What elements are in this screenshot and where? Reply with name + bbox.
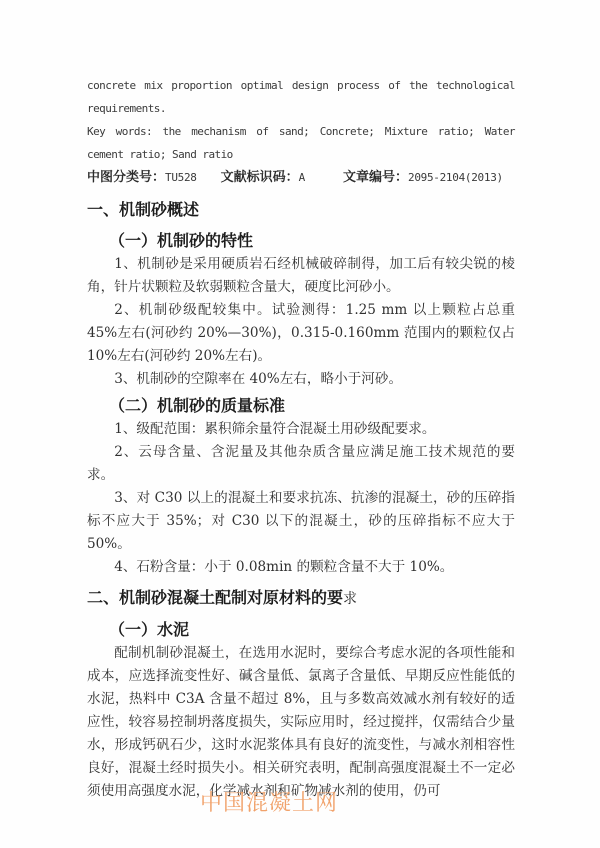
paragraph-sand-characteristic-2: 2、机制砂级配较集中。试验测得：1.25 mm 以上颗粒占总重 45%左右(河砂… [87, 299, 515, 368]
document-code-label: 文献标识码： [221, 170, 299, 185]
paragraph-sand-characteristic-3: 3、机制砂的空隙率在 40%左右，略小于河砂。 [87, 368, 515, 391]
section2-heading: 二、机制砂混凝土配制对原材料的要求 [87, 588, 515, 610]
section2-heading-tail: 求 [343, 591, 357, 607]
paragraph-sand-characteristic-1: 1、机制砂是采用硬质岩石经机械破碎制得，加工后有较尖锐的棱角，针片状颗粒及软弱颗… [87, 253, 515, 299]
section1-sub1-heading: （一）机制砂的特性 [109, 231, 515, 253]
paragraph-quality-standard-3: 3、对 C30 以上的混凝土和要求抗冻、抗渗的混凝土，砂的压碎指标不应大于 35… [87, 487, 515, 556]
paragraph-quality-standard-2: 2、云母含量、含泥量及其他杂质含量应满足施工技术规范的要求。 [87, 441, 515, 487]
keywords-english-text: Key words: the mechanism of sand; Concre… [87, 120, 515, 166]
section2-sub1-heading: （一）水泥 [109, 620, 515, 642]
clc-number-value: TU528 [165, 171, 197, 184]
article-id-label: 文章编号： [343, 170, 408, 185]
paragraph-cement-selection: 配制机制砂混凝土，在选用水泥时，要综合考虑水泥的各项性能和成本，应选择流变性好、… [87, 642, 515, 803]
paragraph-quality-standard-4: 4、石粉含量：小于 0.08min 的颗粒含量不大于 10%。 [87, 556, 515, 579]
section1-heading: 一、机制砂概述 [87, 200, 515, 222]
document-code-value: A [299, 171, 305, 184]
paragraph-quality-standard-1: 1、级配范围：累积筛余量符合混凝土用砂级配要求。 [87, 418, 515, 441]
abstract-english-text: concrete mix proportion optimal design p… [87, 74, 515, 120]
article-id-value: 2095-2104(2013) [408, 171, 503, 184]
site-watermark: 中国混凝土网 [200, 786, 338, 817]
page-content: concrete mix proportion optimal design p… [87, 74, 515, 803]
clc-number-label: 中图分类号： [87, 170, 165, 185]
section2-heading-main: 二、机制砂混凝土配制对原材料的要 [87, 590, 343, 607]
article-meta-line: 中图分类号：TU528文献标识码：A文章编号：2095-2104(2013) [87, 166, 515, 189]
document-page: concrete mix proportion optimal design p… [0, 0, 600, 848]
section1-sub2-heading: （二）机制砂的质量标准 [109, 396, 515, 418]
